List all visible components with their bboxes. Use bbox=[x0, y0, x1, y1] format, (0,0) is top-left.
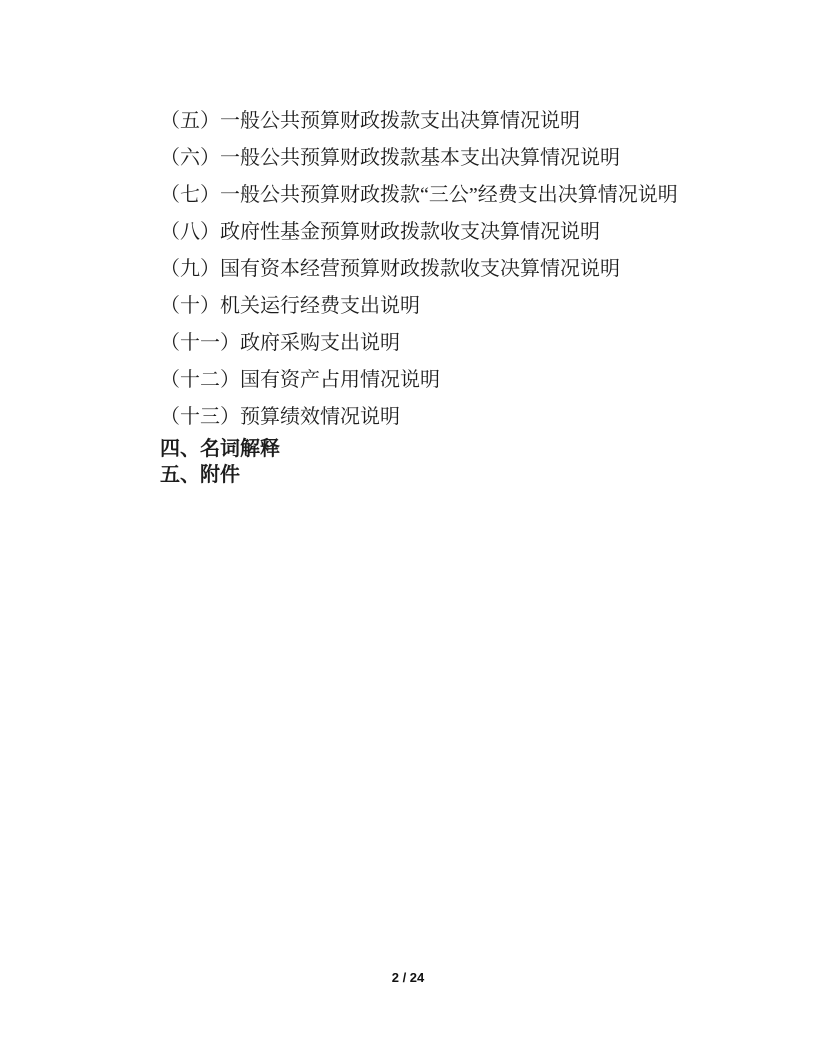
page-footer: 2 / 24 bbox=[0, 970, 816, 986]
toc-entry: （九）国有资本经营预算财政拨款收支决算情况说明 bbox=[120, 251, 698, 287]
toc-entry: （五）一般公共预算财政拨款支出决算情况说明 bbox=[120, 103, 698, 139]
toc-entry: （十一）政府采购支出说明 bbox=[120, 325, 698, 361]
toc-heading: 五、附件 bbox=[120, 462, 698, 488]
toc-entry: （八）政府性基金预算财政拨款收支决算情况说明 bbox=[120, 214, 698, 250]
toc-entry: （十二）国有资产占用情况说明 bbox=[120, 362, 698, 398]
page-number: 2 / 24 bbox=[392, 970, 425, 985]
table-of-contents: （五）一般公共预算财政拨款支出决算情况说明 （六）一般公共预算财政拨款基本支出决… bbox=[120, 103, 698, 488]
toc-heading: 四、名词解释 bbox=[120, 436, 698, 462]
toc-entry: （七）一般公共预算财政拨款“三公”经费支出决算情况说明 bbox=[120, 177, 698, 213]
toc-entry: （十三）预算绩效情况说明 bbox=[120, 399, 698, 435]
toc-entry: （六）一般公共预算财政拨款基本支出决算情况说明 bbox=[120, 140, 698, 176]
document-page: （五）一般公共预算财政拨款支出决算情况说明 （六）一般公共预算财政拨款基本支出决… bbox=[0, 0, 816, 1056]
toc-entry: （十）机关运行经费支出说明 bbox=[120, 288, 698, 324]
